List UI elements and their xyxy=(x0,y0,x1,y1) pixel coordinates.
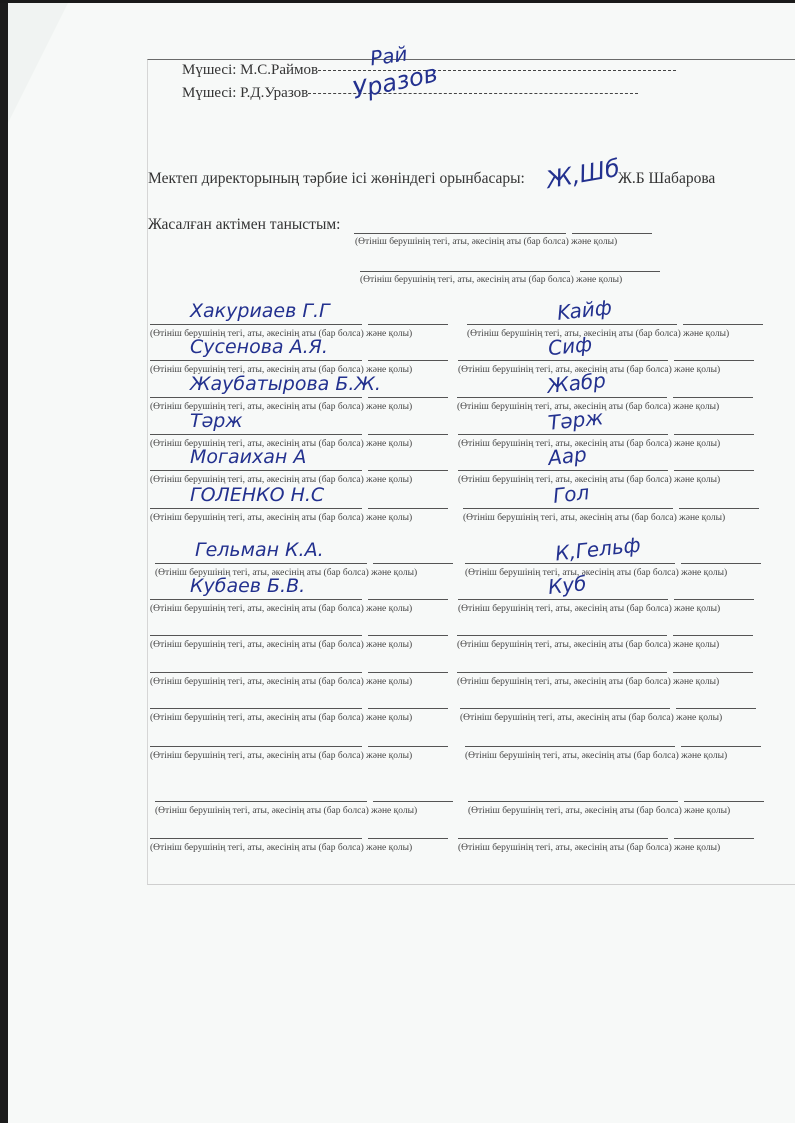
name-line xyxy=(150,708,362,709)
row-caption-right: (Өтініш берушінің тегі, аты, әкесінің ат… xyxy=(458,843,720,853)
sign-line xyxy=(368,708,448,709)
sign-line xyxy=(368,746,448,747)
name-line xyxy=(150,599,362,600)
name-line xyxy=(463,508,673,509)
row-caption-right: (Өтініш берушінің тегі, аты, әкесінің ат… xyxy=(465,751,727,761)
name-line xyxy=(457,397,667,398)
sign-line xyxy=(673,397,753,398)
signatory-name: Тәрж xyxy=(190,410,242,432)
sign-line xyxy=(673,635,753,636)
row-caption-right: (Өтініш берушінің тегі, аты, әкесінің ат… xyxy=(468,806,730,816)
name-line xyxy=(458,360,668,361)
row-caption-left: (Өтініш берушінің тегі, аты, әкесінің ат… xyxy=(155,806,417,816)
row-caption-right: (Өтініш берушінің тегі, аты, әкесінің ат… xyxy=(463,513,725,523)
name-line xyxy=(150,746,362,747)
signatory-signature: Сиф xyxy=(547,332,593,360)
sign-line xyxy=(368,635,448,636)
signatory-name: Кубаев Б.В. xyxy=(190,575,305,597)
ack-name-line xyxy=(360,271,570,272)
sign-line xyxy=(674,470,754,471)
row-caption-right: (Өтініш берушінің тегі, аты, әкесінің ат… xyxy=(458,439,720,449)
ack-caption: (Өтініш берушінің тегі, аты, әкесінің ат… xyxy=(355,237,617,247)
sign-line xyxy=(368,508,448,509)
row-caption-right: (Өтініш берушінің тегі, аты, әкесінің ат… xyxy=(457,677,719,687)
ack-caption: (Өтініш берушінің тегі, аты, әкесінің ат… xyxy=(360,275,622,285)
signatory-name: Гельман К.А. xyxy=(195,539,324,561)
row-caption-left: (Өтініш берушінің тегі, аты, әкесінің ат… xyxy=(150,843,412,853)
sign-line xyxy=(368,470,448,471)
name-line xyxy=(457,635,667,636)
sign-line xyxy=(674,599,754,600)
name-line xyxy=(150,360,362,361)
signatory-name: Хакуриаев Г.Г xyxy=(190,300,330,322)
name-line xyxy=(467,324,677,325)
deputy-name: Ж.Б Шабарова xyxy=(618,170,715,188)
sign-line xyxy=(681,746,761,747)
sign-line xyxy=(368,324,448,325)
signatory-signature: Гол xyxy=(552,480,590,508)
scan-left-edge xyxy=(0,0,8,1123)
name-line xyxy=(458,434,668,435)
name-line xyxy=(458,599,668,600)
member-label: Мүшесі: М.С.Раймов xyxy=(182,62,318,78)
sign-line xyxy=(679,508,759,509)
row-caption-right: (Өтініш берушінің тегі, аты, әкесінің ат… xyxy=(465,568,727,578)
signatory-signature: Куб xyxy=(547,571,588,599)
name-line xyxy=(150,397,362,398)
row-caption-left: (Өтініш берушінің тегі, аты, әкесінің ат… xyxy=(150,640,412,650)
name-line xyxy=(465,746,675,747)
name-line xyxy=(150,324,362,325)
name-line xyxy=(460,708,670,709)
sign-line xyxy=(674,838,754,839)
sign-line xyxy=(681,563,761,564)
name-line xyxy=(150,635,362,636)
sign-line xyxy=(368,672,448,673)
name-line xyxy=(155,801,367,802)
ack-sign-line xyxy=(580,271,660,272)
name-line xyxy=(468,801,678,802)
sign-line xyxy=(373,801,453,802)
acknowledgement-label: Жасалған актімен таныстым: xyxy=(148,216,341,234)
name-line xyxy=(150,672,362,673)
sign-line xyxy=(683,324,763,325)
row-caption-right: (Өтініш берушінің тегі, аты, әкесінің ат… xyxy=(457,640,719,650)
row-caption-left: (Өтініш берушінің тегі, аты, әкесінің ат… xyxy=(150,604,412,614)
ack-name-line xyxy=(354,233,566,234)
sign-line xyxy=(368,434,448,435)
signatory-name: Жаубатырова Б.Ж. xyxy=(190,373,381,395)
sign-line xyxy=(368,838,448,839)
row-caption-right: (Өтініш берушінің тегі, аты, әкесінің ат… xyxy=(467,329,729,339)
sign-line xyxy=(368,360,448,361)
name-line xyxy=(150,838,362,839)
scan-top-edge xyxy=(0,0,795,3)
name-line xyxy=(150,434,362,435)
page-fold-shadow xyxy=(8,3,68,123)
sign-line xyxy=(674,360,754,361)
name-line xyxy=(150,470,362,471)
row-caption-right: (Өтініш берушінің тегі, аты, әкесінің ат… xyxy=(460,713,722,723)
signatory-name: Сусенова А.Я. xyxy=(190,336,328,358)
sign-line xyxy=(368,599,448,600)
sign-line xyxy=(373,563,453,564)
sign-line xyxy=(673,672,753,673)
row-caption-left: (Өтініш берушінің тегі, аты, әкесінің ат… xyxy=(150,751,412,761)
name-line xyxy=(458,470,668,471)
name-line xyxy=(457,672,667,673)
name-line xyxy=(155,563,367,564)
sign-line xyxy=(684,801,764,802)
name-line xyxy=(458,838,668,839)
sign-line xyxy=(674,434,754,435)
deputy-title: Мектеп директорының тәрбие ісі жөніндегі… xyxy=(148,170,525,188)
row-caption-left: (Өтініш берушінің тегі, аты, әкесінің ат… xyxy=(150,713,412,723)
row-caption-left: (Өтініш берушінің тегі, аты, әкесінің ат… xyxy=(150,513,412,523)
signatory-signature: Аар xyxy=(547,442,588,470)
row-caption-left: (Өтініш берушінің тегі, аты, әкесінің ат… xyxy=(150,677,412,687)
member-label: Мүшесі: Р.Д.Уразов xyxy=(182,85,308,101)
row-caption-right: (Өтініш берушінің тегі, аты, әкесінің ат… xyxy=(458,604,720,614)
signatory-name: ГОЛЕНКО Н.С xyxy=(190,484,324,506)
sign-line xyxy=(368,397,448,398)
signatory-name: Могаихан А xyxy=(190,446,306,468)
row-caption-right: (Өтініш берушінің тегі, аты, әкесінің ат… xyxy=(458,475,720,485)
sign-line xyxy=(676,708,756,709)
ack-sign-line xyxy=(572,233,652,234)
name-line xyxy=(150,508,362,509)
